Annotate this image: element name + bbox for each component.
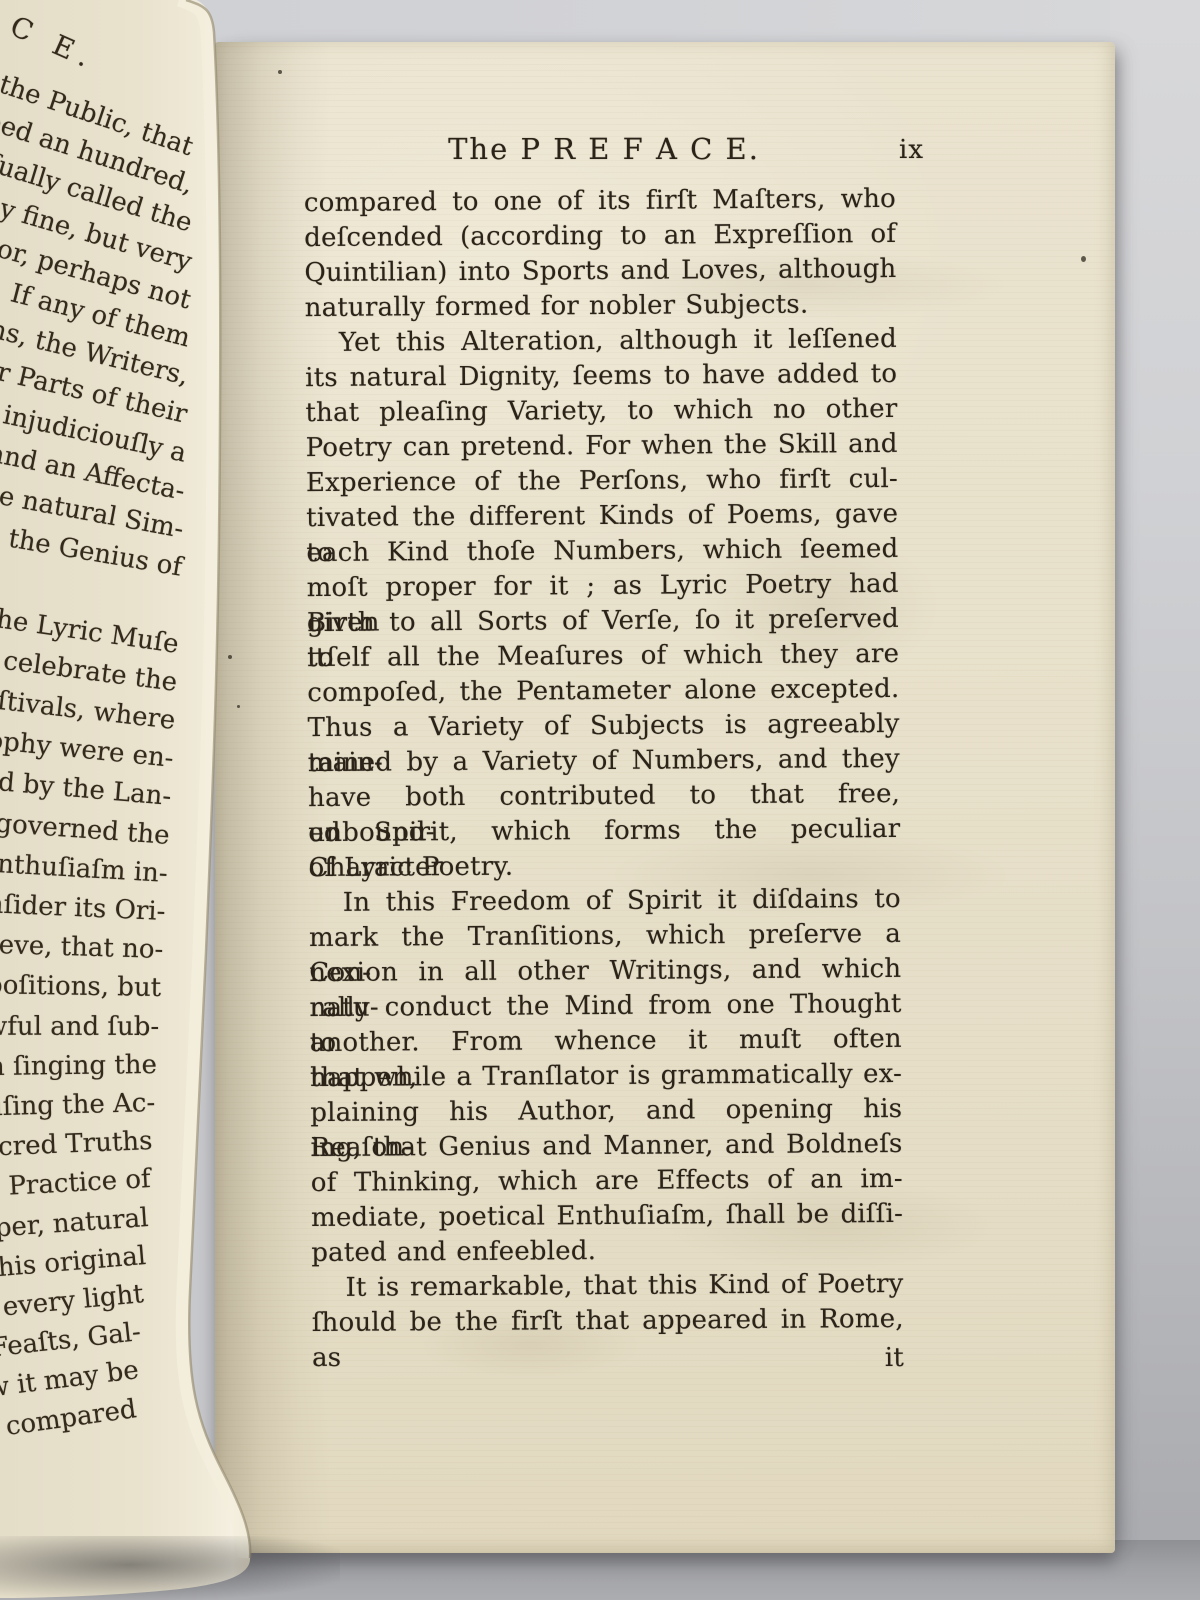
- text-line: itſelf all the Meaſures of which they ar…: [307, 637, 899, 676]
- text-line: n ſinging the: [0, 1048, 157, 1084]
- text-line: onſider its Ori-: [0, 887, 166, 929]
- text-line: have both contributed to that free, unbo…: [308, 777, 900, 816]
- page-curl-shadow: [0, 1536, 340, 1600]
- text-line: mediate, poetical Enthuſiaſm, ſhall be d…: [311, 1197, 903, 1236]
- text-line: of Lyric Poetry.: [308, 847, 900, 886]
- text-line: Quintilian) into Sports and Loves, altho…: [304, 252, 896, 291]
- page-title: The P R E F A C E.: [448, 132, 760, 166]
- catchword: it: [312, 1341, 904, 1380]
- text-line: that while a Tranſlator is grammatically…: [310, 1057, 902, 1096]
- left-page: A C E. the Public, thateed an hundred,uſ…: [0, 0, 300, 1600]
- page-header: The P R E F A C E. ix: [308, 132, 900, 166]
- text-line: ing, that Genius and Manner, and Boldneſ…: [310, 1127, 902, 1166]
- text-line: deſcended (according to an Expreſſion of: [304, 217, 896, 256]
- text-line: poſitions, but: [0, 969, 162, 1006]
- text-line: tained by a Variety of Numbers, and they: [308, 742, 900, 781]
- text-line: ed Spirit, which forms the peculiar Char…: [308, 812, 900, 851]
- text-line: wful and ſub-: [0, 1009, 159, 1043]
- page-number: ix: [899, 135, 924, 165]
- ink-speck: [1081, 256, 1086, 262]
- text-line: Thus a Variety of Subjects is agreeably …: [308, 707, 900, 746]
- text-line: another. From whence it muſt often happe…: [310, 1022, 902, 1061]
- table-background-right: [1110, 0, 1200, 1600]
- text-line: Enthuſiaſm in-: [0, 846, 169, 891]
- text-line: In this Freedom of Spirit it diſdains to: [309, 882, 901, 921]
- text-line: compoſed, the Pentameter alone excepted.: [307, 672, 899, 711]
- text-line: moſt proper for it ; as Lyric Poetry had…: [307, 567, 899, 606]
- text-line: plaining his Author, and opening his Rea…: [310, 1092, 902, 1131]
- text-line: oper, natural: [0, 1201, 149, 1246]
- text-line: Yet this Alteration, although it leſſene…: [305, 322, 897, 361]
- right-page-lines: compared to one of its firſt Maſters, wh…: [304, 182, 904, 1380]
- text-line: that pleaſing Variety, to which no other: [305, 392, 897, 431]
- text-line: its natural Dignity, ſeems to have added…: [305, 357, 897, 396]
- text-line: rally conduct the Mind from one Thought …: [309, 987, 901, 1026]
- text-line: lieve, that no-: [0, 928, 164, 967]
- text-line: of Thinking, which are Effects of an im-: [311, 1162, 903, 1201]
- text-line: Experience of the Perſons, who firſt cul…: [306, 462, 898, 501]
- text-line: liſing the Ac-: [0, 1086, 155, 1124]
- right-page: The P R E F A C E. ix compared to one of…: [215, 42, 1115, 1553]
- text-line: each Kind thoſe Numbers, which ſeemed: [306, 532, 898, 571]
- text-line: ſacred Truths: [0, 1124, 153, 1165]
- text-line: he Practice of: [0, 1162, 151, 1206]
- text-line: nexion in all other Writings, and which …: [309, 952, 901, 991]
- text-line: mark the Tranſitions, which preſerve a C…: [309, 917, 901, 956]
- text-line: compared to one of its firſt Maſters, wh…: [304, 182, 896, 221]
- text-line: ſhould be the firſt that appeared in Rom…: [312, 1302, 904, 1341]
- book-photo: The P R E F A C E. ix compared to one of…: [0, 0, 1200, 1600]
- text-line: naturally formed for nobler Subjects.: [305, 287, 897, 326]
- text-line: tivated the different Kinds of Poems, ga…: [306, 497, 898, 536]
- left-page-lines: A C E. the Public, thateed an hundred,uſ…: [0, 0, 230, 1600]
- text-line: Birth to all Sorts of Verſe, ſo it preſe…: [307, 602, 899, 641]
- text-line: pated and enfeebled.: [311, 1232, 903, 1271]
- left-page-header-fragment: A C E.: [0, 0, 103, 78]
- text-line: It is remarkable, that this Kind of Poet…: [311, 1267, 903, 1306]
- text-line: Poetry can pretend. For when the Skill a…: [306, 427, 898, 466]
